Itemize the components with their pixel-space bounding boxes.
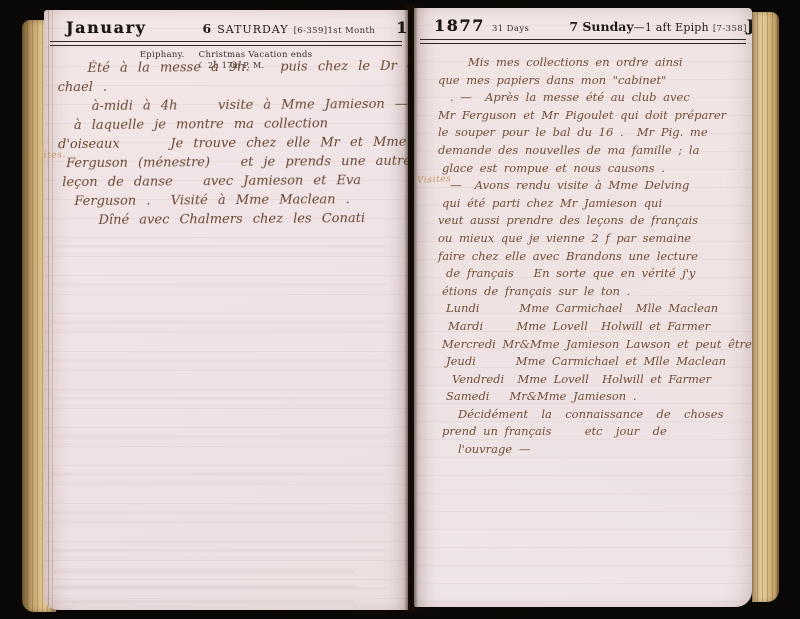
left-header-day-ref: [6-359] xyxy=(294,26,328,36)
handwritten-line: Mis mes collections en ordre ainsi xyxy=(438,54,750,72)
left-header-month: January xyxy=(66,18,147,37)
handwritten-line: Ferguson (ménestre) et je prends une aut… xyxy=(58,152,404,173)
handwritten-line: — Avons rendu visite à Mme Delving xyxy=(438,177,750,195)
right-margin-note: Visites xyxy=(417,174,452,186)
right-header-year: 1877 xyxy=(434,16,485,35)
handwritten-line: demande des nouvelles de ma famille ; la xyxy=(438,142,750,160)
handwritten-line: Décidément la connaissance de choses xyxy=(438,406,750,424)
handwritten-line: Ferguson . Visité à Mme Maclean . xyxy=(58,190,404,211)
handwritten-line: Dîné avec Chalmers chez les Conati xyxy=(58,209,404,230)
left-page-entry: Été à la messe à 9h. puis chez le Dr Car… xyxy=(57,57,404,230)
handwritten-line: de français En sorte que en vérité j'y xyxy=(438,265,750,283)
handwritten-line: à-midi à 4h visite à Mme Jamieson — xyxy=(58,95,404,116)
handwritten-line: Samedi Mr&Mme Jamieson . xyxy=(438,388,750,406)
handwritten-line: l'ouvrage — xyxy=(438,441,750,459)
handwritten-line: Mardi Mme Lovell Holwill et Farmer xyxy=(438,318,750,336)
handwritten-line: d'oiseaux Je trouve chez elle Mr et Mme xyxy=(58,133,404,154)
right-header-month: January xyxy=(747,16,752,35)
right-header-day-ref: [7-358] xyxy=(713,24,747,34)
handwritten-line: Mercredi Mr&Mme Jamieson Lawson et peut … xyxy=(438,336,750,354)
handwritten-line: veut aussi prendre des leçons de françai… xyxy=(438,212,750,230)
handwritten-line: Lundi Mme Carmichael Mlle Maclean xyxy=(438,300,750,318)
left-page-header: January 6 SATURDAY [6-359] 1st Month 187… xyxy=(44,10,408,38)
left-header-month-ordinal: 1st Month xyxy=(328,26,376,36)
handwritten-line: Jeudi Mme Carmichael et Mlle Maclean xyxy=(438,353,750,371)
page-edges-right xyxy=(752,12,779,602)
handwritten-line: prend un français etc jour de xyxy=(438,423,750,441)
diary-page-right: 1877 31 Days 7 Sunday —1 aft Epiph [7-35… xyxy=(414,8,752,607)
handwritten-line: le souper pour le bal du 16 . Mr Pig. me xyxy=(438,124,750,142)
bleed-through-text-bottom xyxy=(54,566,354,610)
handwritten-line: . — Après la messe été au club avec xyxy=(438,89,750,107)
handwritten-line: que mes papiers dans mon "cabinet" xyxy=(438,72,750,90)
right-header-day: 7 Sunday xyxy=(569,19,633,34)
handwritten-line: glace est rompue et nous causons . xyxy=(438,160,750,178)
handwritten-line: faire chez elle avec Brandons une lectur… xyxy=(438,248,750,266)
handwritten-line: leçon de danse avec Jamieson et Eva xyxy=(58,171,404,192)
right-page-header: 1877 31 Days 7 Sunday —1 aft Epiph [7-35… xyxy=(414,8,752,36)
book-gutter xyxy=(404,4,418,612)
handwritten-line: ou mieux que je vienne 2 f par semaine xyxy=(438,230,750,248)
handwritten-line: Été à la messe à 9h. puis chez le Dr Car… xyxy=(57,57,403,78)
handwritten-line: étions de français sur le ton . xyxy=(438,283,750,301)
handwritten-line: qui été parti chez Mr Jamieson qui xyxy=(438,195,750,213)
handwritten-line: Vendredi Mme Lovell Holwill et Farmer xyxy=(438,371,750,389)
handwritten-line: chael . xyxy=(58,76,404,97)
handwritten-line: Mr Ferguson et Mr Pigoulet qui doit prép… xyxy=(438,107,750,125)
right-header-rule xyxy=(420,39,746,44)
right-page-entry: Mis mes collections en ordre ainsique me… xyxy=(438,54,750,459)
handwritten-line: à laquelle je montre ma collection xyxy=(58,114,404,135)
diary-page-left: January 6 SATURDAY [6-359] 1st Month 187… xyxy=(44,10,408,610)
left-header-day-name: SATURDAY xyxy=(217,23,288,36)
right-header-day-rest: —1 aft Epiph xyxy=(634,21,709,34)
diary-scan: January 6 SATURDAY [6-359] 1st Month 187… xyxy=(0,0,800,619)
right-header-days-count: 31 Days xyxy=(492,24,529,34)
bleed-through-text xyxy=(52,234,386,606)
left-header-rule xyxy=(50,41,402,46)
left-header-day-number: 6 xyxy=(203,21,212,36)
